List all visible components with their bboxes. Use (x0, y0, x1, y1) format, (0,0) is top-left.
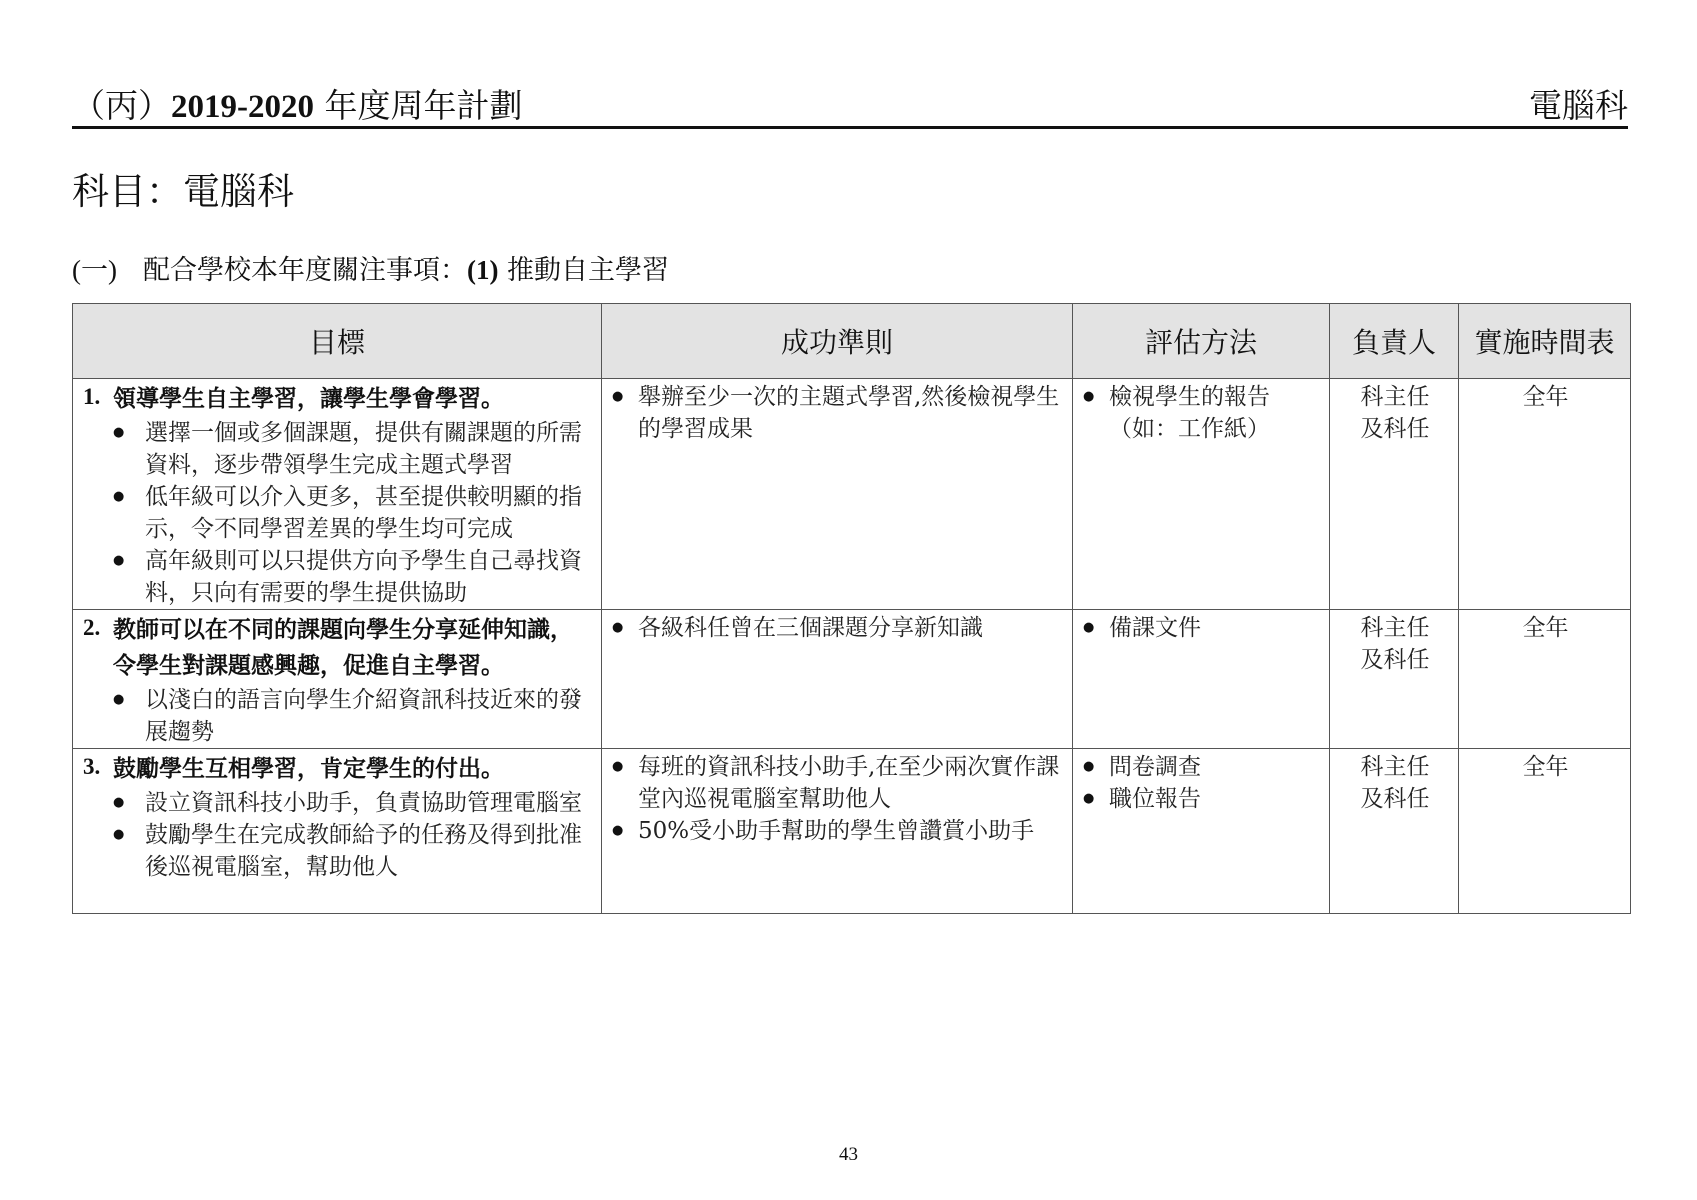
goal-point: 選擇一個或多個課題，提供有關課題的所需資料，逐步帶領學生完成主題式學習 (113, 417, 593, 481)
person-cell: 科主任 及科任 (1330, 610, 1459, 749)
page-number: 43 (0, 1144, 1697, 1166)
criteria-item: 50%受小助手幫助的學生曾讚賞小助手 (612, 815, 1064, 847)
column-header-goal: 目標 (73, 304, 602, 379)
section-heading: (一)配合學校本年度關注事項：(1) 推動自主學習 (72, 252, 669, 289)
evaluation-item: 職位報告 (1083, 783, 1321, 815)
goal-point: 高年級則可以只提供方向予學生自己尋找資料，只向有需要的學生提供協助 (113, 545, 593, 609)
page-header: （丙）2019-2020 年度周年計劃 電腦科 (72, 86, 1628, 129)
goal-points: 設立資訊科技小助手，負責協助管理電腦室 鼓勵學生在完成教師給予的任務及得到批准後… (83, 787, 593, 883)
plan-table: 目標 成功準則 評估方法 負責人 實施時間表 1.領導學生自主學習，讓學生學會學… (72, 303, 1631, 914)
criteria-item: 每班的資訊科技小助手,在至少兩次實作課堂內巡視電腦室幫助他人 (612, 751, 1064, 815)
evaluation-cell: 問卷調查 職位報告 (1073, 749, 1330, 914)
section-text: 配合學校本年度關注事項： (143, 255, 467, 286)
goal-point: 設立資訊科技小助手，負責協助管理電腦室 (113, 787, 593, 819)
goal-cell: 3.鼓勵學生互相學習，肯定學生的付出。 設立資訊科技小助手，負責協助管理電腦室 … (73, 749, 602, 914)
column-header-criteria: 成功準則 (602, 304, 1073, 379)
subject-heading: 科目：電腦科 (72, 168, 294, 216)
evaluation-item: 問卷調查 (1083, 751, 1321, 783)
section-item-no: (1) (467, 255, 498, 285)
section-item-text: 推動自主學習 (498, 255, 669, 286)
title-suffix: 年度周年計劃 (314, 86, 523, 125)
goal-cell: 2.教師可以在不同的課題向學生分享延伸知識，令學生對課題感興趣，促進自主學習。 … (73, 610, 602, 749)
table-row: 3.鼓勵學生互相學習，肯定學生的付出。 設立資訊科技小助手，負責協助管理電腦室 … (73, 749, 1631, 914)
goal-points: 以淺白的語言向學生介紹資訊科技近來的發展趨勢 (83, 684, 593, 748)
criteria-cell: 各級科任曾在三個課題分享新知識 (602, 610, 1073, 749)
evaluation-cell: 檢視學生的報告（如：工作紙） (1073, 379, 1330, 610)
evaluation-item: 備課文件 (1083, 612, 1321, 644)
table-row: 1.領導學生自主學習，讓學生學會學習。 選擇一個或多個課題，提供有關課題的所需資… (73, 379, 1631, 610)
person-cell: 科主任 及科任 (1330, 379, 1459, 610)
section-prefix: (一) (72, 255, 117, 285)
goal-points: 選擇一個或多個課題，提供有關課題的所需資料，逐步帶領學生完成主題式學習 低年級可… (83, 417, 593, 609)
goal-point: 鼓勵學生在完成教師給予的任務及得到批准後巡視電腦室，幫助他人 (113, 819, 593, 883)
evaluation-cell: 備課文件 (1073, 610, 1330, 749)
criteria-cell: 每班的資訊科技小助手,在至少兩次實作課堂內巡視電腦室幫助他人 50%受小助手幫助… (602, 749, 1073, 914)
goal-title: 2.教師可以在不同的課題向學生分享延伸知識，令學生對課題感興趣，促進自主學習。 (83, 612, 593, 684)
table-header-row: 目標 成功準則 評估方法 負責人 實施時間表 (73, 304, 1631, 379)
schedule-cell: 全年 (1459, 610, 1631, 749)
person-cell: 科主任 及科任 (1330, 749, 1459, 914)
column-header-evaluation: 評估方法 (1073, 304, 1330, 379)
evaluation-item: 檢視學生的報告（如：工作紙） (1083, 381, 1321, 445)
goal-point: 以淺白的語言向學生介紹資訊科技近來的發展趨勢 (113, 684, 593, 748)
criteria-item: 各級科任曾在三個課題分享新知識 (612, 612, 1064, 644)
column-header-schedule: 實施時間表 (1459, 304, 1631, 379)
table-row: 2.教師可以在不同的課題向學生分享延伸知識，令學生對課題感興趣，促進自主學習。 … (73, 610, 1631, 749)
schedule-cell: 全年 (1459, 749, 1631, 914)
goal-cell: 1.領導學生自主學習，讓學生學會學習。 選擇一個或多個課題，提供有關課題的所需資… (73, 379, 602, 610)
goal-title: 3.鼓勵學生互相學習，肯定學生的付出。 (83, 751, 593, 787)
header-subject: 電腦科 (1529, 86, 1628, 126)
goal-title: 1.領導學生自主學習，讓學生學會學習。 (83, 381, 593, 417)
title-prefix: （丙） (72, 86, 171, 125)
criteria-cell: 舉辦至少一次的主題式學習,然後檢視學生的學習成果 (602, 379, 1073, 610)
plan-title: （丙）2019-2020 年度周年計劃 (72, 86, 523, 127)
criteria-item: 舉辦至少一次的主題式學習,然後檢視學生的學習成果 (612, 381, 1064, 445)
column-header-person: 負責人 (1330, 304, 1459, 379)
schedule-cell: 全年 (1459, 379, 1631, 610)
goal-point: 低年級可以介入更多，甚至提供較明顯的指示，令不同學習差異的學生均可完成 (113, 481, 593, 545)
title-year: 2019-2020 (171, 89, 314, 125)
